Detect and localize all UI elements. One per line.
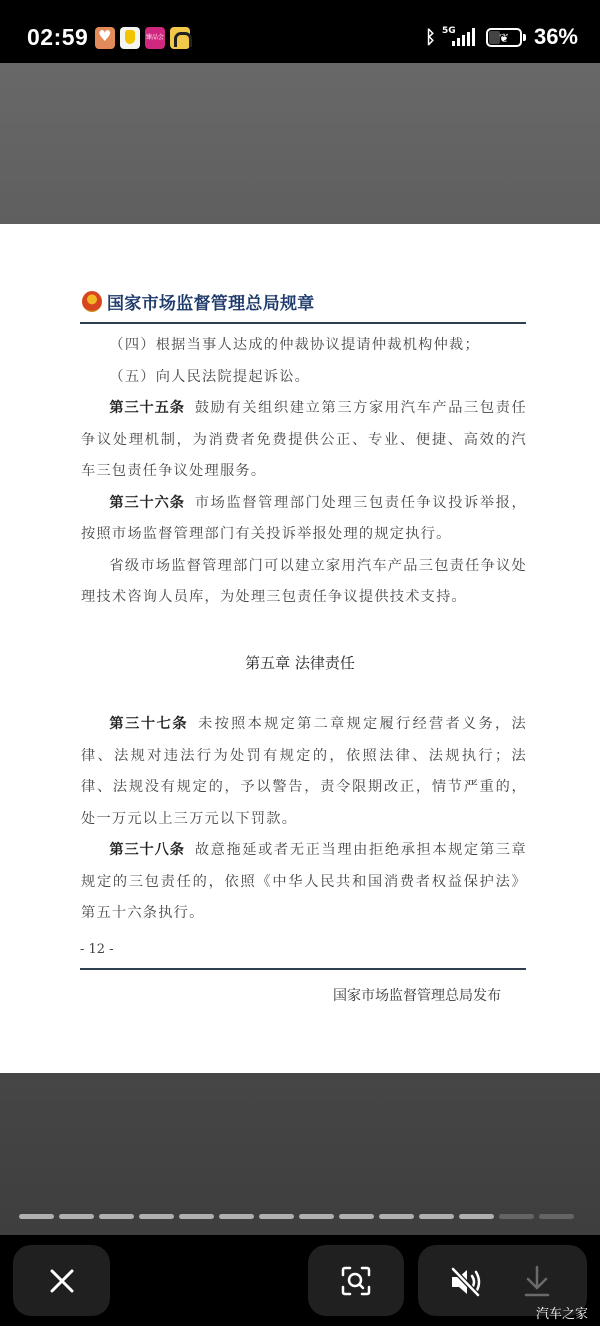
progress-segment[interactable]	[59, 1214, 94, 1219]
paragraph: 第三十五条鼓励有关组织建立第三方家用汽车产品三包责任争议处理机制，为消费者免费提…	[81, 393, 527, 488]
progress-segment[interactable]	[139, 1214, 174, 1219]
page-number: - 12 -	[80, 942, 114, 957]
header-rule	[80, 322, 526, 324]
viewer-background-bottom	[0, 1073, 600, 1235]
footer-rule	[80, 968, 526, 970]
chapter-title: 第五章 法律责任	[0, 652, 600, 673]
progress-segment-current[interactable]	[459, 1214, 494, 1219]
progress-segment[interactable]	[219, 1214, 254, 1219]
viewer-controls: 汽车之家	[0, 1235, 600, 1326]
scan-search-button[interactable]	[308, 1245, 404, 1316]
mute-button[interactable]	[450, 1267, 484, 1301]
paragraph: 第三十八条故意拖延或者无正当理由拒绝承担本规定第三章规定的三包责任的，依照《中华…	[81, 835, 527, 930]
progress-segment[interactable]	[179, 1214, 214, 1219]
page-progress-indicator	[19, 1214, 574, 1219]
mute-icon	[450, 1267, 484, 1297]
viewer-background-top	[0, 63, 600, 224]
rabbit-app-icon	[120, 27, 140, 49]
document-body-section-1: （四）根据当事人达成的仲裁协议提请仲裁机构仲裁； （五）向人民法院提起诉讼。 第…	[81, 330, 527, 614]
document-page[interactable]: 国家市场监督管理总局规章 （四）根据当事人达成的仲裁协议提请仲裁机构仲裁； （五…	[0, 224, 600, 1073]
progress-segment[interactable]	[419, 1214, 454, 1219]
battery-saver-icon: ❦	[486, 28, 522, 47]
system-icons: ᛒ 5G ❦ 36%	[425, 24, 578, 50]
close-button[interactable]	[13, 1245, 110, 1316]
paragraph: （五）向人民法院提起诉讼。	[81, 362, 527, 394]
document-header: 国家市场监督管理总局规章	[82, 289, 315, 314]
document-body-section-2: 第三十七条未按照本规定第二章规定履行经营者义务，法律、法规对违法行为处罚有规定的…	[81, 709, 527, 930]
progress-segment[interactable]	[19, 1214, 54, 1219]
progress-segment[interactable]	[539, 1214, 574, 1219]
article-number: 第三十八条	[109, 842, 184, 858]
progress-segment[interactable]	[339, 1214, 374, 1219]
progress-segment[interactable]	[499, 1214, 534, 1219]
publisher-label: 国家市场监督管理总局发布	[333, 985, 501, 1005]
status-bar: 02:59 臻品会 ᛒ 5G ❦ 36%	[0, 0, 600, 63]
close-icon	[49, 1268, 75, 1294]
article-number: 第三十七条	[109, 716, 188, 732]
paragraph: 省级市场监督管理部门可以建立家用汽车产品三包责任争议处理技术咨询人员库，为处理三…	[81, 551, 527, 614]
signal-icon: 5G	[442, 26, 476, 48]
scan-search-icon	[341, 1266, 371, 1296]
article-number: 第三十六条	[109, 495, 184, 511]
notification-icons: 臻品会	[95, 27, 190, 49]
download-icon	[524, 1265, 550, 1297]
progress-segment[interactable]	[299, 1214, 334, 1219]
health-app-icon	[95, 27, 115, 49]
battery-percent: 36%	[534, 24, 578, 50]
clock: 02:59	[27, 24, 88, 51]
national-emblem-icon	[82, 291, 102, 312]
document-header-title: 国家市场监督管理总局规章	[107, 289, 315, 314]
bluetooth-icon: ᛒ	[425, 27, 436, 48]
progress-segment[interactable]	[259, 1214, 294, 1219]
download-button[interactable]	[524, 1265, 550, 1301]
paragraph: 第三十六条市场监督管理部门处理三包责任争议投诉举报，按照市场监督管理部门有关投诉…	[81, 488, 527, 551]
article-number: 第三十五条	[109, 400, 184, 416]
yellow-car-app-icon	[170, 27, 190, 49]
progress-segment[interactable]	[99, 1214, 134, 1219]
pink-shop-app-icon: 臻品会	[145, 27, 165, 49]
progress-segment[interactable]	[379, 1214, 414, 1219]
paragraph: （四）根据当事人达成的仲裁协议提请仲裁机构仲裁；	[81, 330, 527, 362]
paragraph: 第三十七条未按照本规定第二章规定履行经营者义务，法律、法规对违法行为处罚有规定的…	[81, 709, 527, 835]
watermark: 汽车之家	[536, 1303, 588, 1322]
